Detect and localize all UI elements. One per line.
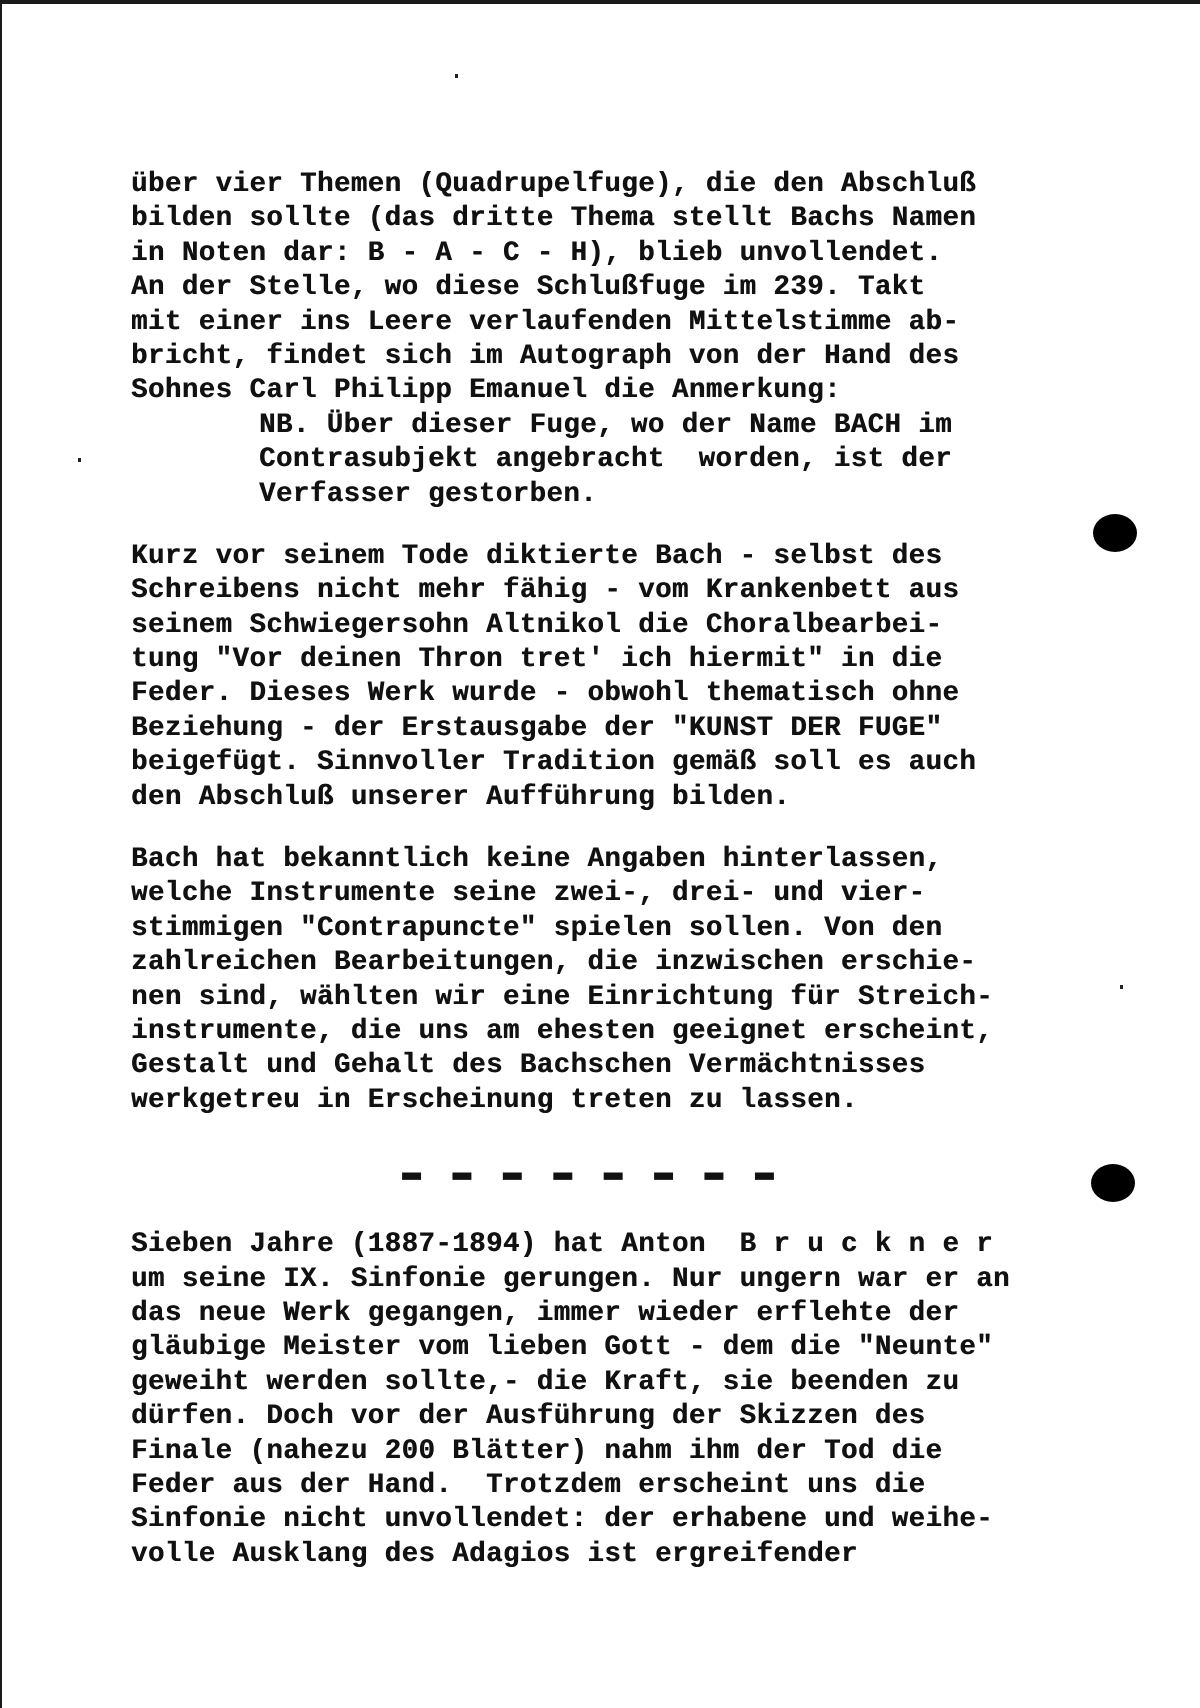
text-line: Sohnes Carl Philipp Emanuel die Anmerkun… [131, 374, 1091, 408]
text-line: An der Stelle, wo diese Schlußfuge im 23… [131, 271, 1091, 305]
quote-line: NB. Über dieser Fuge, wo der Name BACH i… [131, 409, 1091, 443]
text-line: Sieben Jahre (1887-1894) hat Anton B r u… [131, 1228, 1091, 1262]
punch-hole [1091, 1164, 1135, 1202]
text-line: Finale (nahezu 200 Blätter) nahm ihm der… [131, 1435, 1091, 1469]
text-line: Feder aus der Hand. Trotzdem erscheint u… [131, 1469, 1091, 1503]
paragraph-bruckner: Sieben Jahre (1887-1894) hat Anton B r u… [131, 1228, 1091, 1572]
text-line: den Abschluß unserer Aufführung bilden. [131, 781, 1091, 815]
text-line: seinem Schwiegersohn Altnikol die Choral… [131, 609, 1091, 643]
paragraph-bach-fugue: über vier Themen (Quadrupelfuge), die de… [131, 168, 1091, 512]
text-line: zahlreichen Bearbeitungen, die inzwische… [131, 946, 1091, 980]
scan-left-edge [0, 0, 2, 1708]
text-line: Gestalt und Gehalt des Bachschen Vermäch… [131, 1049, 1091, 1083]
paragraph-instruments: Bach hat bekanntlich keine Angaben hinte… [131, 843, 1091, 1118]
section-gap [131, 1118, 1091, 1148]
text-line: Beziehung - der Erstausgabe der "KUNST D… [131, 712, 1091, 746]
text-line: Sinfonie nicht unvollendet: der erhabene… [131, 1503, 1091, 1537]
punch-hole [1093, 514, 1137, 552]
text-line: tung "Vor deinen Thron tret' ich hiermit… [131, 643, 1091, 677]
text-line: um seine IX. Sinfonie gerungen. Nur unge… [131, 1263, 1091, 1297]
text-line: bilden sollte (das dritte Thema stellt B… [131, 202, 1091, 236]
text-line: bricht, findet sich im Autograph von der… [131, 340, 1091, 374]
typewritten-page: über vier Themen (Quadrupelfuge), die de… [131, 168, 1091, 1572]
text-line: über vier Themen (Quadrupelfuge), die de… [131, 168, 1091, 202]
quote-line: Contrasubjekt angebracht worden, ist der [131, 443, 1091, 477]
text-line: nen sind, wählten wir eine Einrichtung f… [131, 981, 1091, 1015]
quote-line: Verfasser gestorben. [131, 478, 1091, 512]
paragraph-gap [131, 815, 1091, 843]
text-line: dürfen. Doch vor der Ausführung der Skiz… [131, 1400, 1091, 1434]
text-line: instrumente, die uns am ehesten geeignet… [131, 1015, 1091, 1049]
block-quote-annotation: NB. Über dieser Fuge, wo der Name BACH i… [131, 409, 1091, 512]
text-line: Feder. Dieses Werk wurde - obwohl themat… [131, 677, 1091, 711]
text-line: welche Instrumente seine zwei-, drei- un… [131, 877, 1091, 911]
text-line: geweiht werden sollte,- die Kraft, sie b… [131, 1366, 1091, 1400]
scan-speck [1120, 985, 1123, 989]
text-line: das neue Werk gegangen, immer wieder erf… [131, 1297, 1091, 1331]
text-line: werkgetreu in Erscheinung treten zu lass… [131, 1084, 1091, 1118]
paragraph-gap [131, 512, 1091, 540]
section-gap [131, 1198, 1091, 1228]
scan-top-edge [0, 0, 1200, 4]
text-line: in Noten dar: B - A - C - H), blieb unvo… [131, 237, 1091, 271]
text-line: Kurz vor seinem Tode diktierte Bach - se… [131, 540, 1091, 574]
text-line: volle Ausklang des Adagios ist ergreifen… [131, 1538, 1091, 1572]
text-line: mit einer ins Leere verlaufenden Mittels… [131, 306, 1091, 340]
scan-speck [78, 458, 81, 462]
text-line: beigefügt. Sinnvoller Tradition gemäß so… [131, 746, 1091, 780]
text-line: Schreibens nicht mehr fähig - vom Kranke… [131, 574, 1091, 608]
paragraph-choral: Kurz vor seinem Tode diktierte Bach - se… [131, 540, 1091, 815]
text-line: Bach hat bekanntlich keine Angaben hinte… [131, 843, 1091, 877]
scan-speck [455, 74, 458, 78]
text-line: gläubige Meister vom lieben Gott - dem d… [131, 1331, 1091, 1365]
section-divider: ▬ ▬ ▬ ▬ ▬ ▬ ▬ ▬ [91, 1148, 1091, 1198]
text-line: stimmigen "Contrapuncte" spielen sollen.… [131, 912, 1091, 946]
